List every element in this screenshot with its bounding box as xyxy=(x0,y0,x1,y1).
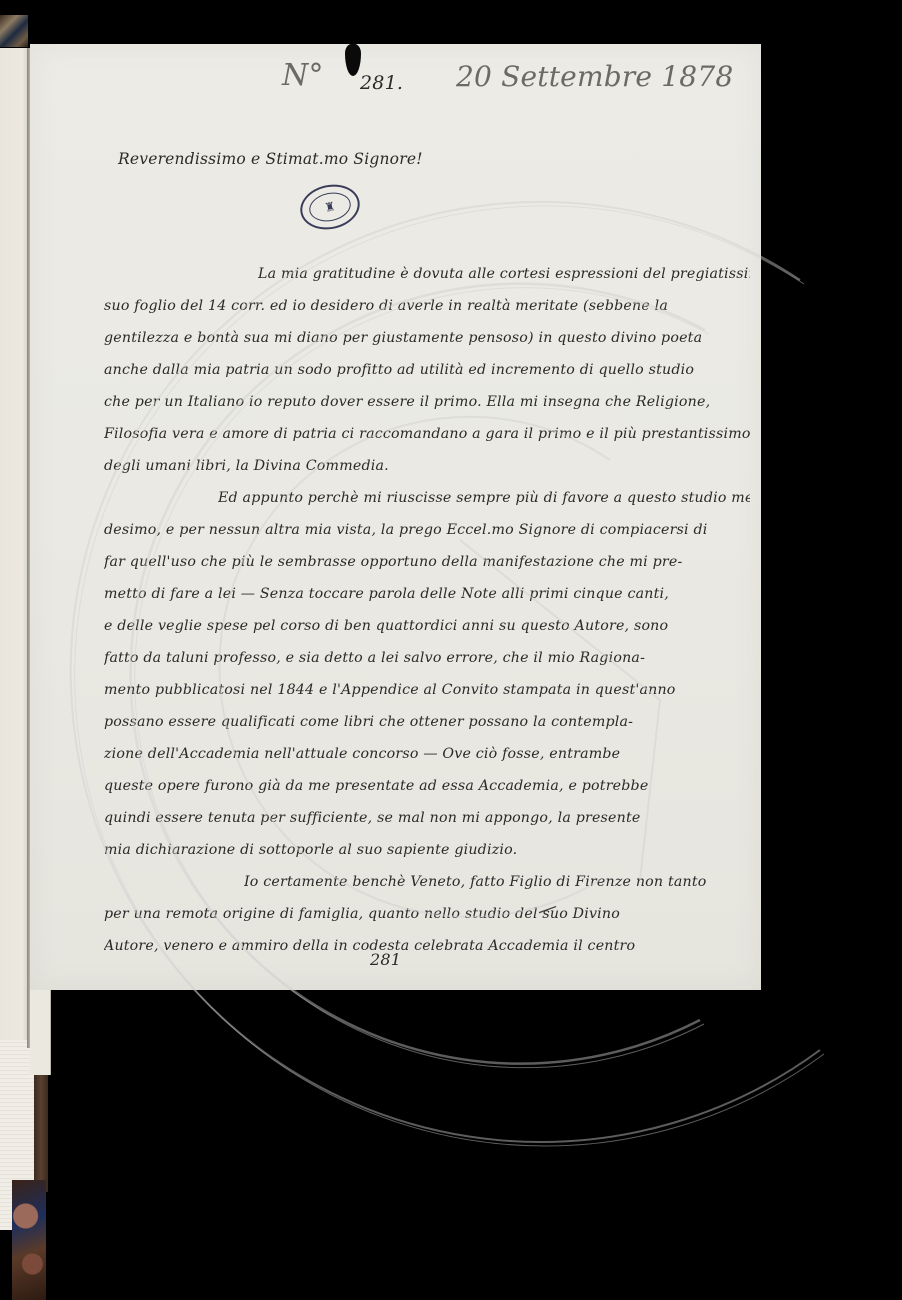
letter-line: desimo, e per nessun altra mia vista, la… xyxy=(104,522,750,538)
letter-line: Io certamente benchè Veneto, fatto Figli… xyxy=(244,874,750,890)
letter-line: che per un Italiano io reputo dover esse… xyxy=(104,394,750,410)
letter-date: 20 Settembre 1878 xyxy=(456,60,733,93)
letter-line: gentilezza e bontà sua mi diano per gius… xyxy=(104,330,750,346)
salutation: Reverendissimo e Stimat.mo Signore! xyxy=(118,150,423,168)
letter-line: mento pubblicatosi nel 1844 e l'Appendic… xyxy=(104,682,750,698)
letter-number: 281. xyxy=(360,72,403,94)
page-flap xyxy=(30,990,51,1075)
letter-line: mia dichiarazione di sottoporle al suo s… xyxy=(104,842,750,858)
letter-line: Autore, venero e ammiro della in codesta… xyxy=(104,938,750,954)
letter-line: quindi essere tenuta per sufficiente, se… xyxy=(104,810,750,826)
letter-number-prefix: N° xyxy=(282,58,324,93)
letter-line: per una remota origine di famiglia, quan… xyxy=(104,906,750,922)
letter-line: zione dell'Accademia nell'attuale concor… xyxy=(104,746,750,762)
letter-line: Filosofia vera e amore di patria ci racc… xyxy=(104,426,750,442)
marbled-cover-bottom xyxy=(12,1180,46,1300)
letter-line: queste opere furono già da me presentate… xyxy=(104,778,750,794)
letter-line: fatto da taluni professo, e sia detto a … xyxy=(104,650,750,666)
letter-line: suo foglio del 14 corr. ed io desidero d… xyxy=(104,298,750,314)
letter-line: metto di fare a lei — Senza toccare paro… xyxy=(104,586,750,602)
letter-line: e delle veglie spese pel corso di ben qu… xyxy=(104,618,750,634)
letter-line: Ed appunto perchè mi riuscisse sempre pi… xyxy=(218,490,750,506)
left-facing-page-edge xyxy=(0,48,28,1180)
letter-line: possano essere qualificati come libri ch… xyxy=(104,714,750,730)
letter-line: La mia gratitudine è dovuta alle cortesi… xyxy=(258,266,750,282)
letter-line: degli umani libri, la Divina Commedia. xyxy=(104,458,750,474)
letter-line: far quell'uso che più le sembrasse oppor… xyxy=(104,554,750,570)
stamp-emblem-icon: ♜ xyxy=(307,189,354,225)
letter-line: anche dalla mia patria un sodo profitto … xyxy=(104,362,750,378)
marbled-cover-top xyxy=(0,15,28,47)
page-number: 281 xyxy=(370,950,401,969)
